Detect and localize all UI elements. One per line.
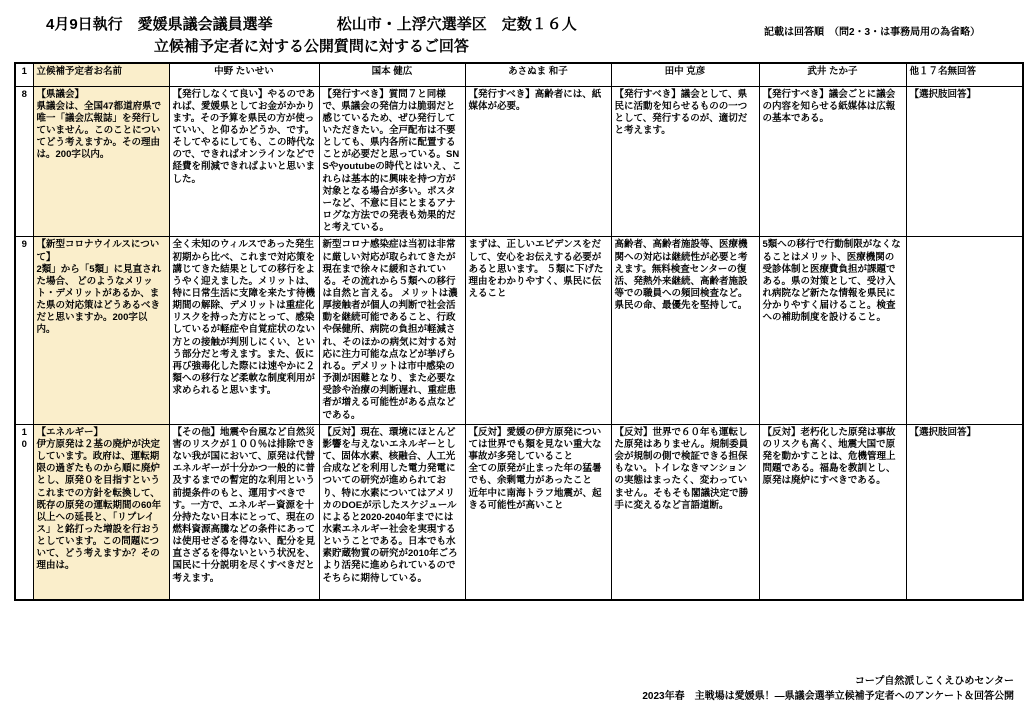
table-header-row: 1 立候補予定者お名前 中野 たいせい 国本 健広 あさぬま 和子 田中 克彦 … <box>15 63 1023 86</box>
row-number: 9 <box>15 237 33 424</box>
question-cell-q8: 【県議会】 県議会は、全国47都道府県で唯一「議会広報誌」を発行していません。こ… <box>33 86 169 237</box>
table-row-q9: 9 【新型コロナウイルスについて】 2類」から「5類」に見直された場合、 どのよ… <box>15 237 1023 424</box>
answer-cell-q9-others <box>906 237 1023 424</box>
answer-cell-q8-tanaka: 【発行すべき】議会として、県民に活動を知らせるものの一つとして、発行するのが、適… <box>611 86 759 237</box>
table-row-q10: 10 【エネルギー】 伊方原発は２基の廃炉が決定しています。政府は、運転期限の過… <box>15 424 1023 600</box>
answer-cell-q8-takei: 【発行すべき】議会ごとに議会の内容を知らせる紙媒体は広報の基本である。 <box>759 86 906 237</box>
answer-cell-q10-nakano: 【その他】地震や台風など自然災害のリスクが１００％は排除できない我が国において、… <box>169 424 319 600</box>
footer-campaign-title: 2023年春 主戦場は愛媛県！―県議会選挙立候補予定者へのアンケート＆回答公開 <box>642 689 1014 704</box>
candidate-header-tanaka: 田中 克彦 <box>611 63 759 86</box>
row-number: 8 <box>15 86 33 237</box>
title-district: 松山市・上浮穴選挙区 定数１６人 <box>337 16 577 33</box>
title-election: 4月9日執行 愛媛県議会議員選挙 <box>46 16 273 33</box>
title-line1: 4月9日執行 愛媛県議会議員選挙松山市・上浮穴選挙区 定数１６人 <box>46 14 577 36</box>
candidate-header-takei: 武井 たか子 <box>759 63 906 86</box>
no-answer-header: 他１７名無回答 <box>906 63 1023 86</box>
header-note: 記載は回答順 （問2・3・は事務局用の為省略） <box>764 23 980 38</box>
answer-cell-q10-asanuma: 【反対】愛媛の伊方原発については世界でも類を見ない重大な事故が多発していること … <box>465 424 611 600</box>
row-number: 10 <box>15 424 33 600</box>
question-cell-q10: 【エネルギー】 伊方原発は２基の廃炉が決定しています。政府は、運転期限の過ぎたも… <box>33 424 169 600</box>
candidate-header-asanuma: あさぬま 和子 <box>465 63 611 86</box>
answer-cell-q9-nakano: 全く未知のウィルスであった発生初期から比べ、これまで対応策を講じてきた結果として… <box>169 237 319 424</box>
question-cell-q9: 【新型コロナウイルスについて】 2類」から「5類」に見直された場合、 どのような… <box>33 237 169 424</box>
questionnaire-table: 1 立候補予定者お名前 中野 たいせい 国本 健広 あさぬま 和子 田中 克彦 … <box>14 62 1024 601</box>
answer-cell-q10-tanaka: 【反対】世界で６０年も運転した原発はありません。規制委員会が規制の側で検証できる… <box>611 424 759 600</box>
answer-cell-q9-kunimoto: 新型コロナ感染症は当初は非常に厳しい対応が取られてきたが現在まで徐々に緩和されて… <box>319 237 465 424</box>
answer-cell-q9-tanaka: 高齢者、高齢者施設等、医療機関への対応は継続性が必要と考えます。無料検査センター… <box>611 237 759 424</box>
answer-cell-q9-asanuma: まずは、正しいエビデンスをだして、安心をお伝えする必要があると思います。 ５類に… <box>465 237 611 424</box>
footer-credits: コープ自然派しこくえひめセンター 2023年春 主戦場は愛媛県！―県議会選挙立候… <box>642 674 1014 704</box>
answer-cell-q9-takei: 5類への移行で行動制限がなくなることはメリット、医療機関の受診体制と医療費負担が… <box>759 237 906 424</box>
answer-cell-q8-kunimoto: 【発行すべき】質問７と同様で、県議会の発信力は脆弱だと感じているため、ぜひ発行し… <box>319 86 465 237</box>
answer-cell-q8-nakano: 【発行しなくて良い】やるのであれば、愛媛県としてお金がかかります。その予算を県民… <box>169 86 319 237</box>
page-title: 4月9日執行 愛媛県議会議員選挙松山市・上浮穴選挙区 定数１６人 立候補予定者に… <box>46 14 577 58</box>
candidate-header-kunimoto: 国本 健広 <box>319 63 465 86</box>
answer-cell-q10-kunimoto: 【反対】現在、環境にほとんど影響を与えないエネルギーとして、固体水素、核融合、人… <box>319 424 465 600</box>
title-line2: 立候補予定者に対する公開質問に対するご回答 <box>46 36 577 58</box>
answer-cell-q8-asanuma: 【発行すべき】高齢者には、紙媒体が必要。 <box>465 86 611 237</box>
table-row-q8: 8 【県議会】 県議会は、全国47都道府県で唯一「議会広報誌」を発行していません… <box>15 86 1023 237</box>
answer-cell-q10-others: 【選択肢回答】 <box>906 424 1023 600</box>
header-row-number: 1 <box>15 63 33 86</box>
candidate-header-nakano: 中野 たいせい <box>169 63 319 86</box>
candidate-name-label: 立候補予定者お名前 <box>33 63 169 86</box>
answer-cell-q10-takei: 【反対】老朽化した原発は事故のリスクも高く、地震大国で原発を動かすことは、危機管… <box>759 424 906 600</box>
answer-cell-q8-others: 【選択肢回答】 <box>906 86 1023 237</box>
footer-organization: コープ自然派しこくえひめセンター <box>642 674 1014 689</box>
questionnaire-page: 4月9日執行 愛媛県議会議員選挙松山市・上浮穴選挙区 定数１６人 立候補予定者に… <box>0 0 1024 724</box>
